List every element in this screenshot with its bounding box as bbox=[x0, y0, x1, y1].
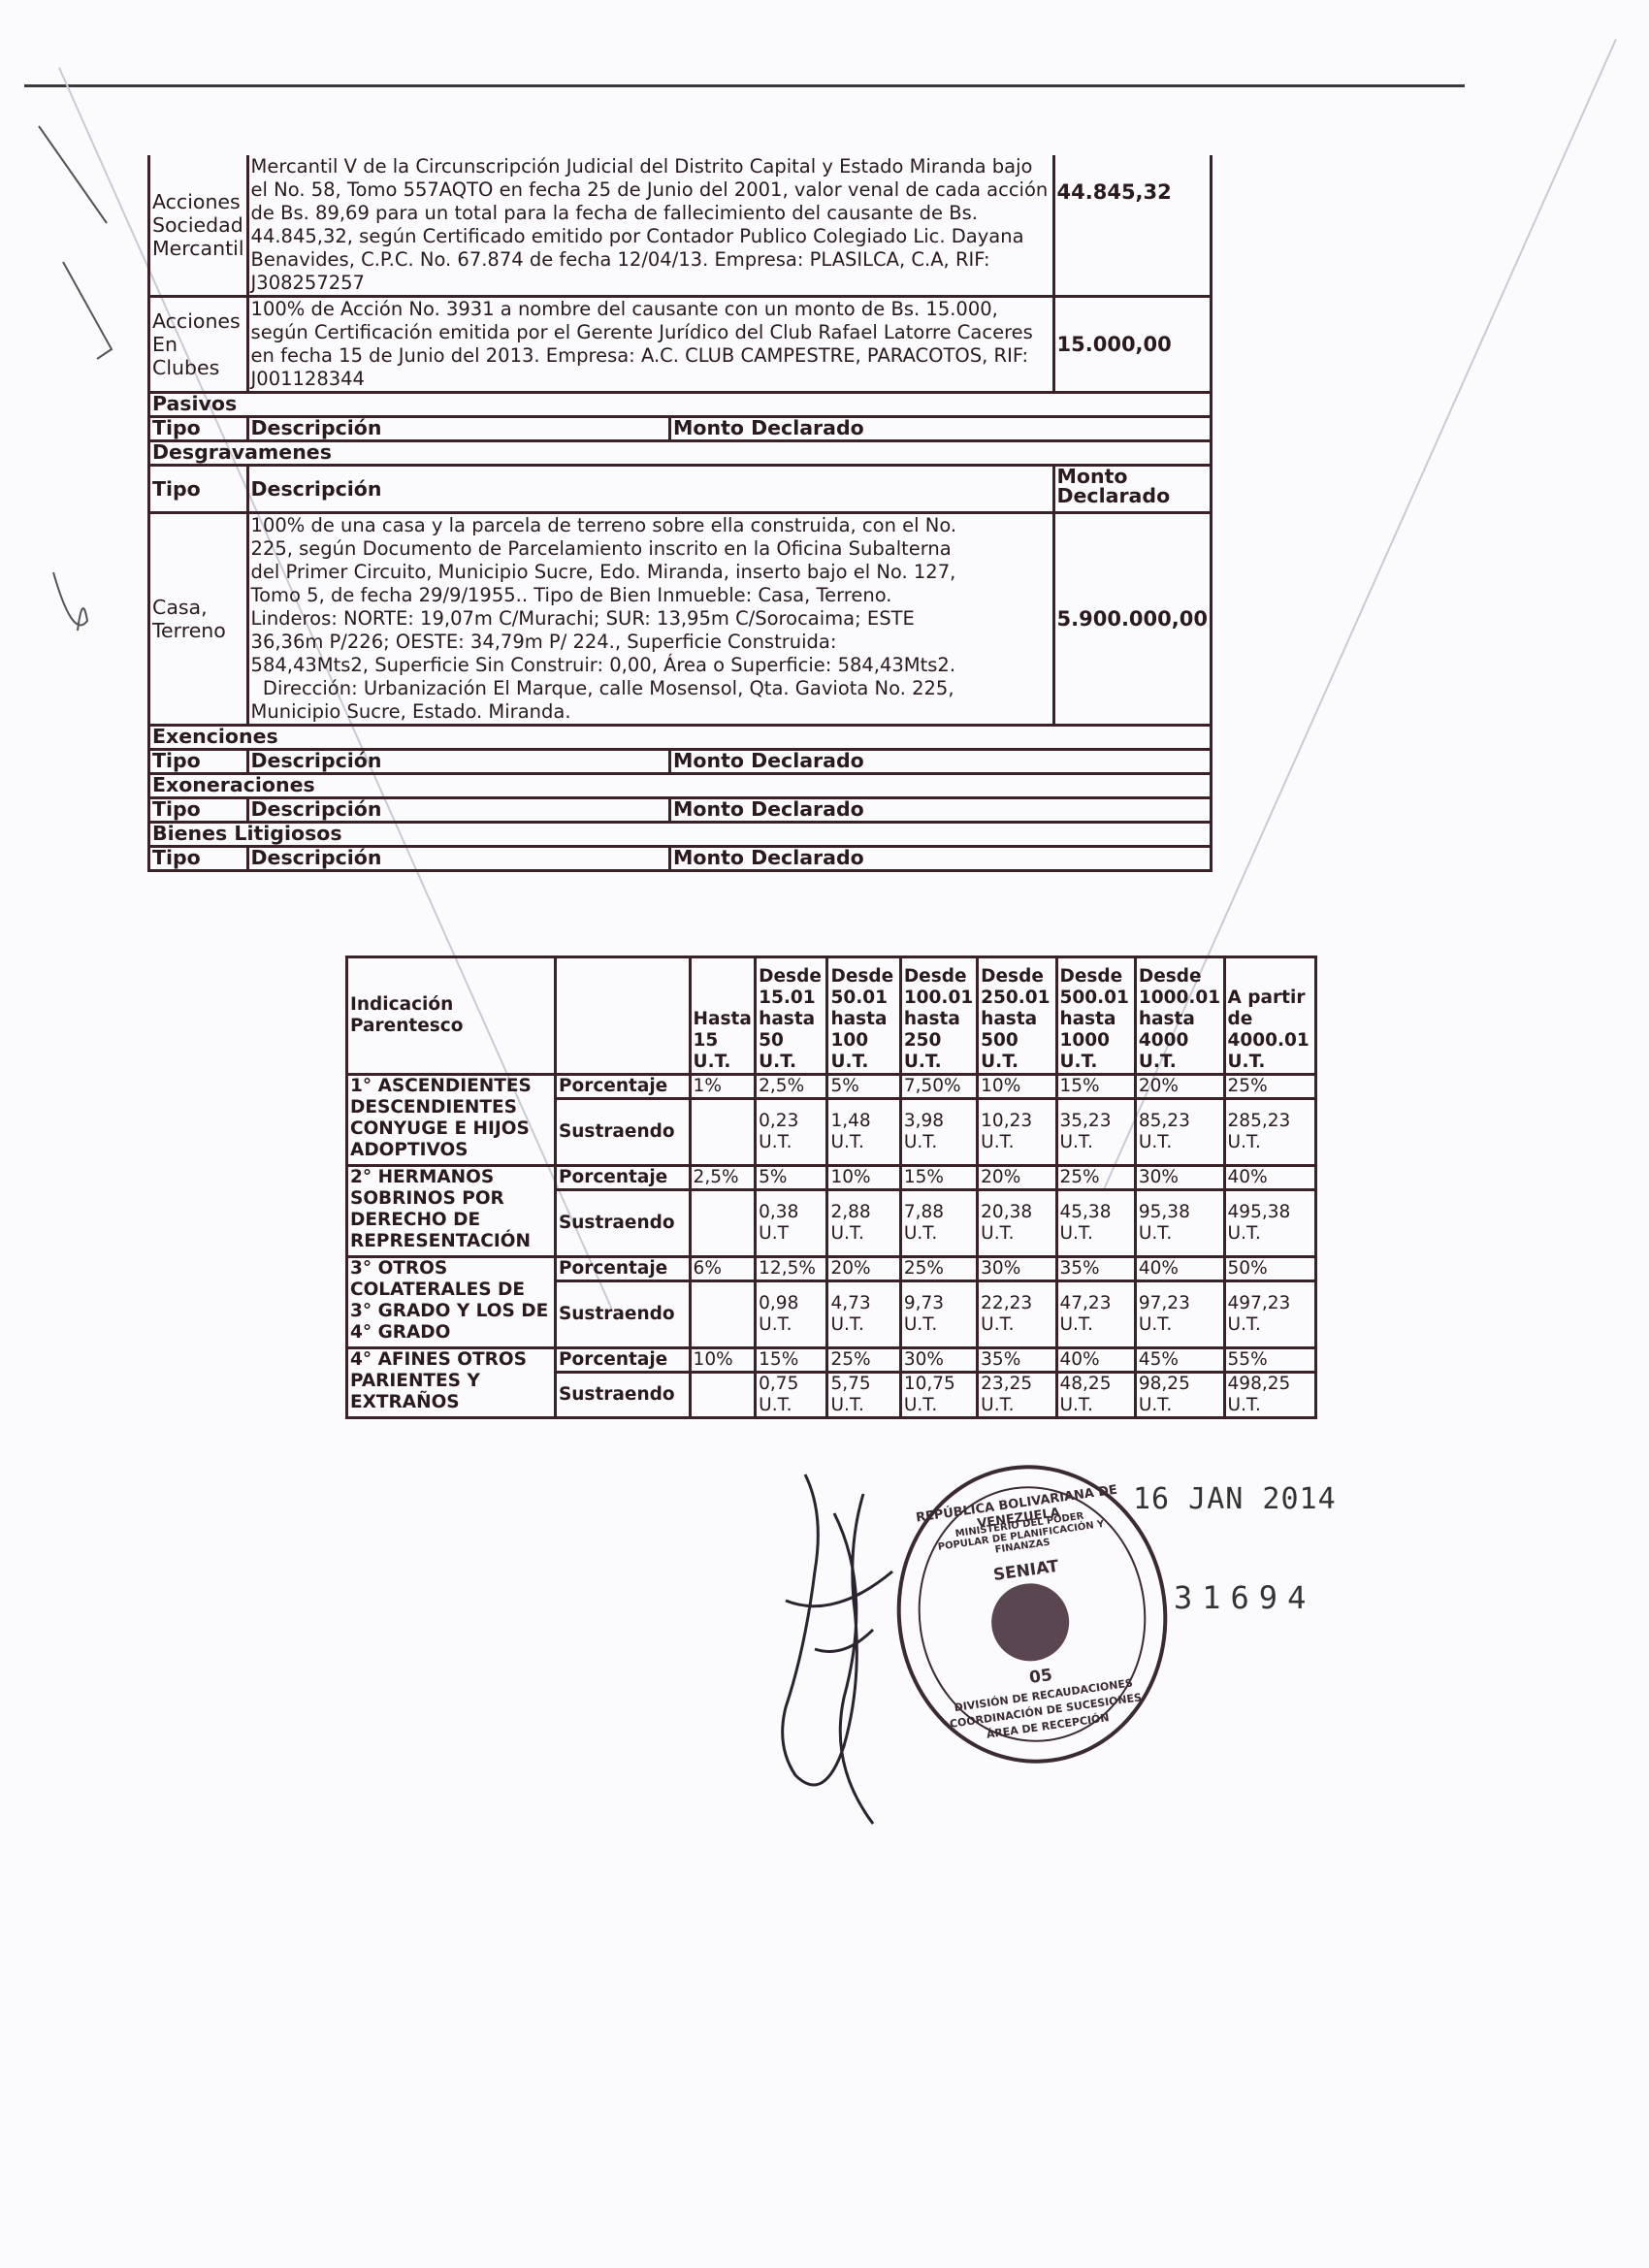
rate-cell: 25% bbox=[1056, 1166, 1135, 1190]
desgravamenes-header: Tipo Descripción Monto Declarado bbox=[149, 466, 1212, 513]
bracket-header: Desde 250.01 hasta 500 U.T. bbox=[978, 957, 1056, 1075]
col-tipo: Tipo bbox=[149, 798, 248, 823]
rate-cell: 25% bbox=[1224, 1075, 1315, 1099]
deduction-cell: 35,23 U.T. bbox=[1056, 1099, 1135, 1166]
bracket-header: Hasta 15 U.T. bbox=[690, 957, 756, 1075]
bracket-header: Desde 500.01 hasta 1000 U.T. bbox=[1056, 957, 1135, 1075]
deduction-cell: 5,75 U.T. bbox=[827, 1373, 900, 1418]
col-monto: Monto Declarado bbox=[1053, 466, 1211, 513]
row-kind: Sustraendo bbox=[555, 1190, 690, 1257]
header-parentesco: Indicación Parentesco bbox=[347, 957, 556, 1075]
deduction-cell: 45,38 U.T. bbox=[1056, 1190, 1135, 1257]
rate-cell: 2,5% bbox=[690, 1166, 756, 1190]
rate-cell: 30% bbox=[978, 1257, 1056, 1281]
tax-rate-table: Indicación Parentesco Hasta 15 U.T.Desde… bbox=[345, 956, 1317, 1419]
inventory-table: Acciones Sociedad Mercantil Mercantil V … bbox=[147, 155, 1212, 872]
rate-cell: 40% bbox=[1224, 1166, 1315, 1190]
deduction-cell: 4,73 U.T. bbox=[827, 1281, 900, 1348]
rate-cell: 20% bbox=[978, 1166, 1056, 1190]
kinship-group: 3° OTROS COLATERALES DE 3° GRADO Y LOS D… bbox=[347, 1257, 556, 1348]
row-kind: Sustraendo bbox=[555, 1373, 690, 1418]
kinship-group: 1° ASCENDIENTES DESCENDIENTES CONYUGE E … bbox=[347, 1075, 556, 1166]
description-line: Dirección: Urbanización El Marque, calle… bbox=[251, 677, 1051, 700]
deduction-cell: 2,88 U.T. bbox=[827, 1190, 900, 1257]
bracket-header: Desde 100.01 hasta 250 U.T. bbox=[900, 957, 977, 1075]
bracket-header: A partir de 4000.01 U.T. bbox=[1224, 957, 1315, 1075]
deduction-cell bbox=[690, 1373, 756, 1418]
row-kind: Porcentaje bbox=[555, 1166, 690, 1190]
section-exenciones: Exenciones bbox=[149, 726, 1212, 750]
deduction-cell: 48,25 U.T. bbox=[1056, 1373, 1135, 1418]
rate-cell: 5% bbox=[827, 1075, 900, 1099]
rate-cell: 25% bbox=[827, 1348, 900, 1373]
desgravamen-amount: 5.900.000,00 bbox=[1053, 513, 1211, 726]
deduction-cell: 47,23 U.T. bbox=[1056, 1281, 1135, 1348]
row-kind: Porcentaje bbox=[555, 1075, 690, 1099]
deduction-cell: 97,23 U.T. bbox=[1135, 1281, 1224, 1348]
kinship-group: 4° AFINES OTROS PARIENTES Y EXTRAÑOS bbox=[347, 1348, 556, 1418]
rate-cell: 10% bbox=[978, 1075, 1056, 1099]
col-monto: Monto Declarado bbox=[670, 417, 1212, 441]
rate-cell: 55% bbox=[1224, 1348, 1315, 1373]
deduction-cell: 95,38 U.T. bbox=[1135, 1190, 1224, 1257]
rate-cell: 20% bbox=[1135, 1075, 1224, 1099]
asset-type: Acciones En Clubes bbox=[149, 297, 248, 393]
col-tipo: Tipo bbox=[149, 750, 248, 774]
col-descripcion: Descripción bbox=[247, 750, 670, 774]
rate-cell: 40% bbox=[1135, 1257, 1224, 1281]
table-row: Casa, Terreno 100% de una casa y la parc… bbox=[149, 513, 1212, 726]
bracket-header: Desde 1000.01 hasta 4000 U.T. bbox=[1135, 957, 1224, 1075]
rate-cell: 35% bbox=[978, 1348, 1056, 1373]
rate-cell: 2,5% bbox=[756, 1075, 827, 1099]
deduction-cell: 0,23 U.T. bbox=[756, 1099, 827, 1166]
rate-cell: 50% bbox=[1224, 1257, 1315, 1281]
deduction-cell: 85,23 U.T. bbox=[1135, 1099, 1224, 1166]
bracket-header: Desde 15.01 hasta 50 U.T. bbox=[756, 957, 827, 1075]
row-kind: Sustraendo bbox=[555, 1281, 690, 1348]
rate-cell: 30% bbox=[1135, 1166, 1224, 1190]
description-line: Municipio Sucre, Estado. Miranda. bbox=[251, 700, 1051, 724]
desgravamen-type: Casa, Terreno bbox=[149, 513, 248, 726]
deduction-cell: 0,75 U.T. bbox=[756, 1373, 827, 1418]
asset-description: Mercantil V de la Circunscripción Judici… bbox=[247, 155, 1053, 297]
signature bbox=[747, 1455, 921, 1833]
row-kind: Porcentaje bbox=[555, 1257, 690, 1281]
rate-cell: 20% bbox=[827, 1257, 900, 1281]
row-kind: Porcentaje bbox=[555, 1348, 690, 1373]
col-descripcion: Descripción bbox=[247, 798, 670, 823]
rate-cell: 40% bbox=[1056, 1348, 1135, 1373]
col-descripcion: Descripción bbox=[247, 847, 670, 871]
rate-cell: 7,50% bbox=[900, 1075, 977, 1099]
col-tipo: Tipo bbox=[149, 417, 248, 441]
rate-cell: 6% bbox=[690, 1257, 756, 1281]
deduction-cell bbox=[690, 1190, 756, 1257]
section-bienes-litigiosos: Bienes Litigiosos bbox=[149, 823, 1212, 847]
section-exoneraciones: Exoneraciones bbox=[149, 774, 1212, 798]
pasivos-header: Tipo Descripción Monto Declarado bbox=[149, 417, 1212, 441]
deduction-cell: 98,25 U.T. bbox=[1135, 1373, 1224, 1418]
table-row: 4° AFINES OTROS PARIENTES Y EXTRAÑOSPorc… bbox=[347, 1348, 1316, 1373]
rate-cell: 45% bbox=[1135, 1348, 1224, 1373]
rate-cell: 10% bbox=[827, 1166, 900, 1190]
deduction-cell: 1,48 U.T. bbox=[827, 1099, 900, 1166]
kinship-group: 2° HERMANOS SOBRINOS POR DERECHO DE REPR… bbox=[347, 1166, 556, 1257]
description-line: 584,43Mts2, Superficie Sin Construir: 0,… bbox=[251, 654, 1051, 677]
col-descripcion: Descripción bbox=[247, 417, 670, 441]
rate-cell: 30% bbox=[900, 1348, 977, 1373]
rate-cell: 5% bbox=[756, 1166, 827, 1190]
header-blank bbox=[555, 957, 690, 1075]
table-row: 3° OTROS COLATERALES DE 3° GRADO Y LOS D… bbox=[347, 1257, 1316, 1281]
rate-cell: 25% bbox=[900, 1257, 977, 1281]
col-monto: Monto Declarado bbox=[670, 750, 1212, 774]
deduction-cell bbox=[690, 1099, 756, 1166]
description-line: 225, según Documento de Parcelamiento in… bbox=[251, 537, 1051, 561]
margin-pen-marks bbox=[29, 116, 126, 698]
reception-date: 16 JAN 2014 bbox=[1133, 1482, 1337, 1516]
deduction-cell: 0,98 U.T. bbox=[756, 1281, 827, 1348]
deduction-cell: 3,98 U.T. bbox=[900, 1099, 977, 1166]
deduction-cell: 23,25 U.T. bbox=[978, 1373, 1056, 1418]
deduction-cell: 495,38 U.T. bbox=[1224, 1190, 1315, 1257]
page-top-rule bbox=[24, 84, 1465, 87]
table-row: Acciones En Clubes 100% de Acción No. 39… bbox=[149, 297, 1212, 393]
row-kind: Sustraendo bbox=[555, 1099, 690, 1166]
deduction-cell: 497,23 U.T. bbox=[1224, 1281, 1315, 1348]
col-monto: Monto Declarado bbox=[670, 847, 1212, 871]
deduction-cell: 285,23 U.T. bbox=[1224, 1099, 1315, 1166]
rate-cell: 12,5% bbox=[756, 1257, 827, 1281]
asset-amount: 15.000,00 bbox=[1053, 297, 1211, 393]
deduction-cell: 20,38 U.T. bbox=[978, 1190, 1056, 1257]
rate-cell: 35% bbox=[1056, 1257, 1135, 1281]
section-pasivos: Pasivos bbox=[149, 393, 1212, 417]
asset-amount: 44.845,32 bbox=[1053, 155, 1211, 297]
deduction-cell: 7,88 U.T. bbox=[900, 1190, 977, 1257]
col-tipo: Tipo bbox=[149, 847, 248, 871]
description-line: Linderos: NORTE: 19,07m C/Murachi; SUR: … bbox=[251, 607, 1051, 631]
deduction-cell: 10,23 U.T. bbox=[978, 1099, 1056, 1166]
deduction-cell: 22,23 U.T. bbox=[978, 1281, 1056, 1348]
description-line: Tomo 5, de fecha 29/9/1955.. Tipo de Bie… bbox=[251, 584, 1051, 607]
deduction-cell: 0,38 U.T bbox=[756, 1190, 827, 1257]
asset-type: Acciones Sociedad Mercantil bbox=[149, 155, 248, 297]
section-desgravamenes: Desgravamenes bbox=[149, 441, 1212, 466]
col-descripcion: Descripción bbox=[247, 466, 1053, 513]
col-monto: Monto Declarado bbox=[670, 798, 1212, 823]
description-line: 100% de una casa y la parcela de terreno… bbox=[251, 514, 1051, 537]
bracket-header: Desde 50.01 hasta 100 U.T. bbox=[827, 957, 900, 1075]
col-tipo: Tipo bbox=[149, 466, 248, 513]
asset-description: 100% de Acción No. 3931 a nombre del cau… bbox=[247, 297, 1053, 393]
rate-cell: 1% bbox=[690, 1075, 756, 1099]
reception-number: 31694 bbox=[1174, 1579, 1315, 1616]
deduction-cell: 10,75 U.T. bbox=[900, 1373, 977, 1418]
rate-cell: 15% bbox=[756, 1348, 827, 1373]
table-row: 2° HERMANOS SOBRINOS POR DERECHO DE REPR… bbox=[347, 1166, 1316, 1190]
deduction-cell bbox=[690, 1281, 756, 1348]
table-row: 1° ASCENDIENTES DESCENDIENTES CONYUGE E … bbox=[347, 1075, 1316, 1099]
deduction-cell: 9,73 U.T. bbox=[900, 1281, 977, 1348]
deduction-cell: 498,25 U.T. bbox=[1224, 1373, 1315, 1418]
description-line: del Primer Circuito, Municipio Sucre, Ed… bbox=[251, 561, 1051, 584]
rate-cell: 15% bbox=[1056, 1075, 1135, 1099]
rate-cell: 15% bbox=[900, 1166, 977, 1190]
desgravamen-description: 100% de una casa y la parcela de terreno… bbox=[247, 513, 1053, 726]
table-row: Acciones Sociedad Mercantil Mercantil V … bbox=[149, 155, 1212, 297]
description-line: 36,36m P/226; OESTE: 34,79m P/ 224., Sup… bbox=[251, 631, 1051, 654]
rate-cell: 10% bbox=[690, 1348, 756, 1373]
